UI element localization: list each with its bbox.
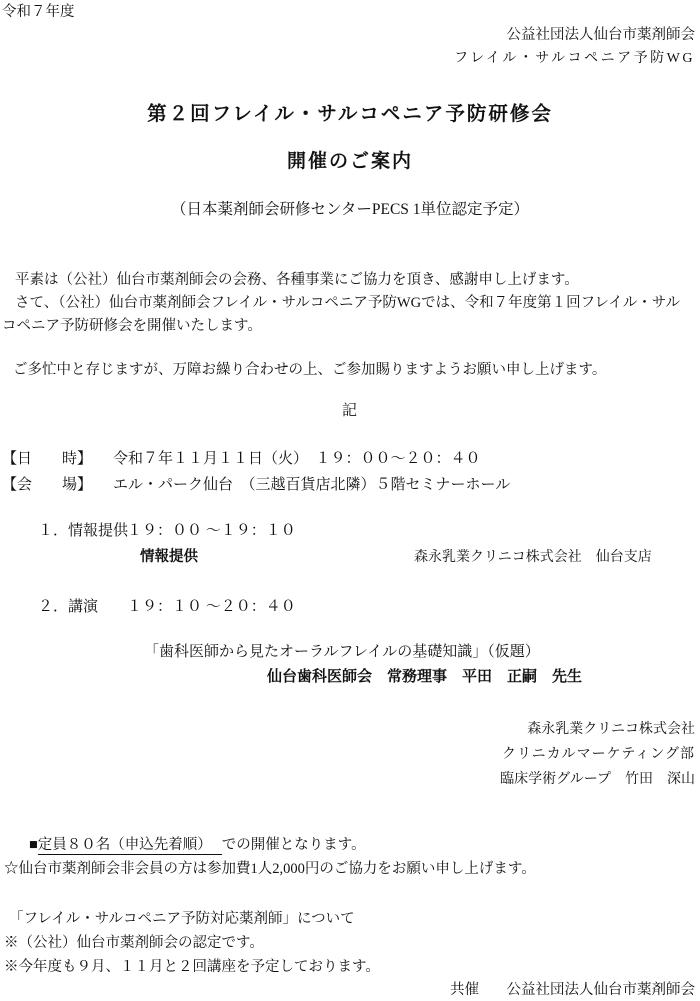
venue-label: 【会 場】 [2, 476, 92, 495]
about-note-2: ※今年度も９月、１１月と２回講座を予定しております。 [4, 958, 380, 976]
datetime-value: 令和７年１１月１１日（火） １９：００～２０：４０ [113, 450, 481, 469]
capacity-note: ■定員８０名（申込先着順）での開催となります。 [29, 836, 366, 854]
greeting-line-4: ご多忙中と存じますが、万障お繰り合わせの上、ご参加賜りますようお願い申し上げます… [13, 361, 606, 379]
capacity-bullet: ■ [29, 837, 38, 853]
sponsor-contact: 臨床学術グループ 竹田 深山 [500, 771, 695, 789]
program-item1-subtitle: 情報提供 [140, 548, 198, 566]
program-item1-number: １．情報提供 [38, 522, 128, 541]
fee-note: ☆仙台市薬剤師会非会員の方は参加費1人2,000円のご協力をお願い申し上げます。 [4, 860, 536, 878]
ki-marker: 記 [0, 402, 700, 421]
certification-note: （日本薬剤師会研修センターPECS 1単位認定予定） [0, 200, 700, 219]
fiscal-year: 令和７年度 [2, 3, 75, 21]
capacity-rest-text: での開催となります。 [222, 837, 366, 853]
lecture-speaker: 仙台歯科医師会 常務理事 平田 正嗣 先生 [267, 668, 582, 687]
document-subtitle: 開催のご案内 [0, 150, 700, 174]
issuer-working-group: フレイル・サルコペニア予防WG [454, 50, 695, 68]
document-title: 第２回フレイル・サルコペニア予防研修会 [0, 103, 700, 127]
capacity-underlined-text: 定員８０名（申込先着順） [38, 837, 222, 855]
program-item2-time: １９：１０ ～２０：４０ [127, 598, 296, 617]
sponsor-company: 森永乳業クリニコ株式会社 [527, 721, 695, 739]
program-item1-provider: 森永乳業クリニコ株式会社 仙台支店 [414, 549, 652, 567]
greeting-line-1: 平素は（公社）仙台市薬剤師会の会務、各種事業にご協力を頂き、感謝申し上げます。 [15, 271, 579, 289]
greeting-line-2: さて、（公社）仙台市薬剤師会フレイル・サルコペニア予防WGでは、令和７年度第１回… [15, 294, 680, 312]
issuer-org: 公益社団法人仙台市薬剤師会 [507, 26, 696, 44]
cosponsor-label: 共催 [450, 981, 479, 999]
venue-value: エル・パーク仙台 （三越百貨店北隣）５階セミナーホール [113, 476, 510, 495]
program-item2-number: ２．講演 [38, 598, 98, 617]
greeting-line-3: コペニア予防研修会を開催いたします。 [2, 317, 262, 335]
about-title: 「フレイル・サルコペニア予防対応薬剤師」について [9, 910, 355, 928]
document-page: 令和７年度 公益社団法人仙台市薬剤師会 フレイル・サルコペニア予防WG 第２回フ… [0, 0, 700, 1001]
cosponsor-value: 公益社団法人仙台市薬剤師会 [507, 981, 696, 999]
datetime-label: 【日 時】 [2, 450, 92, 469]
program-item1-time: １９：００ ～１９：１０ [127, 522, 296, 541]
lecture-title: 「歯科医師から見たオーラルフレイルの基礎知識」（仮題） [144, 643, 540, 662]
about-note-1: ※（公社）仙台市薬剤師会の認定です。 [4, 934, 264, 952]
sponsor-department: クリニカルマーケティング部 [502, 746, 695, 764]
